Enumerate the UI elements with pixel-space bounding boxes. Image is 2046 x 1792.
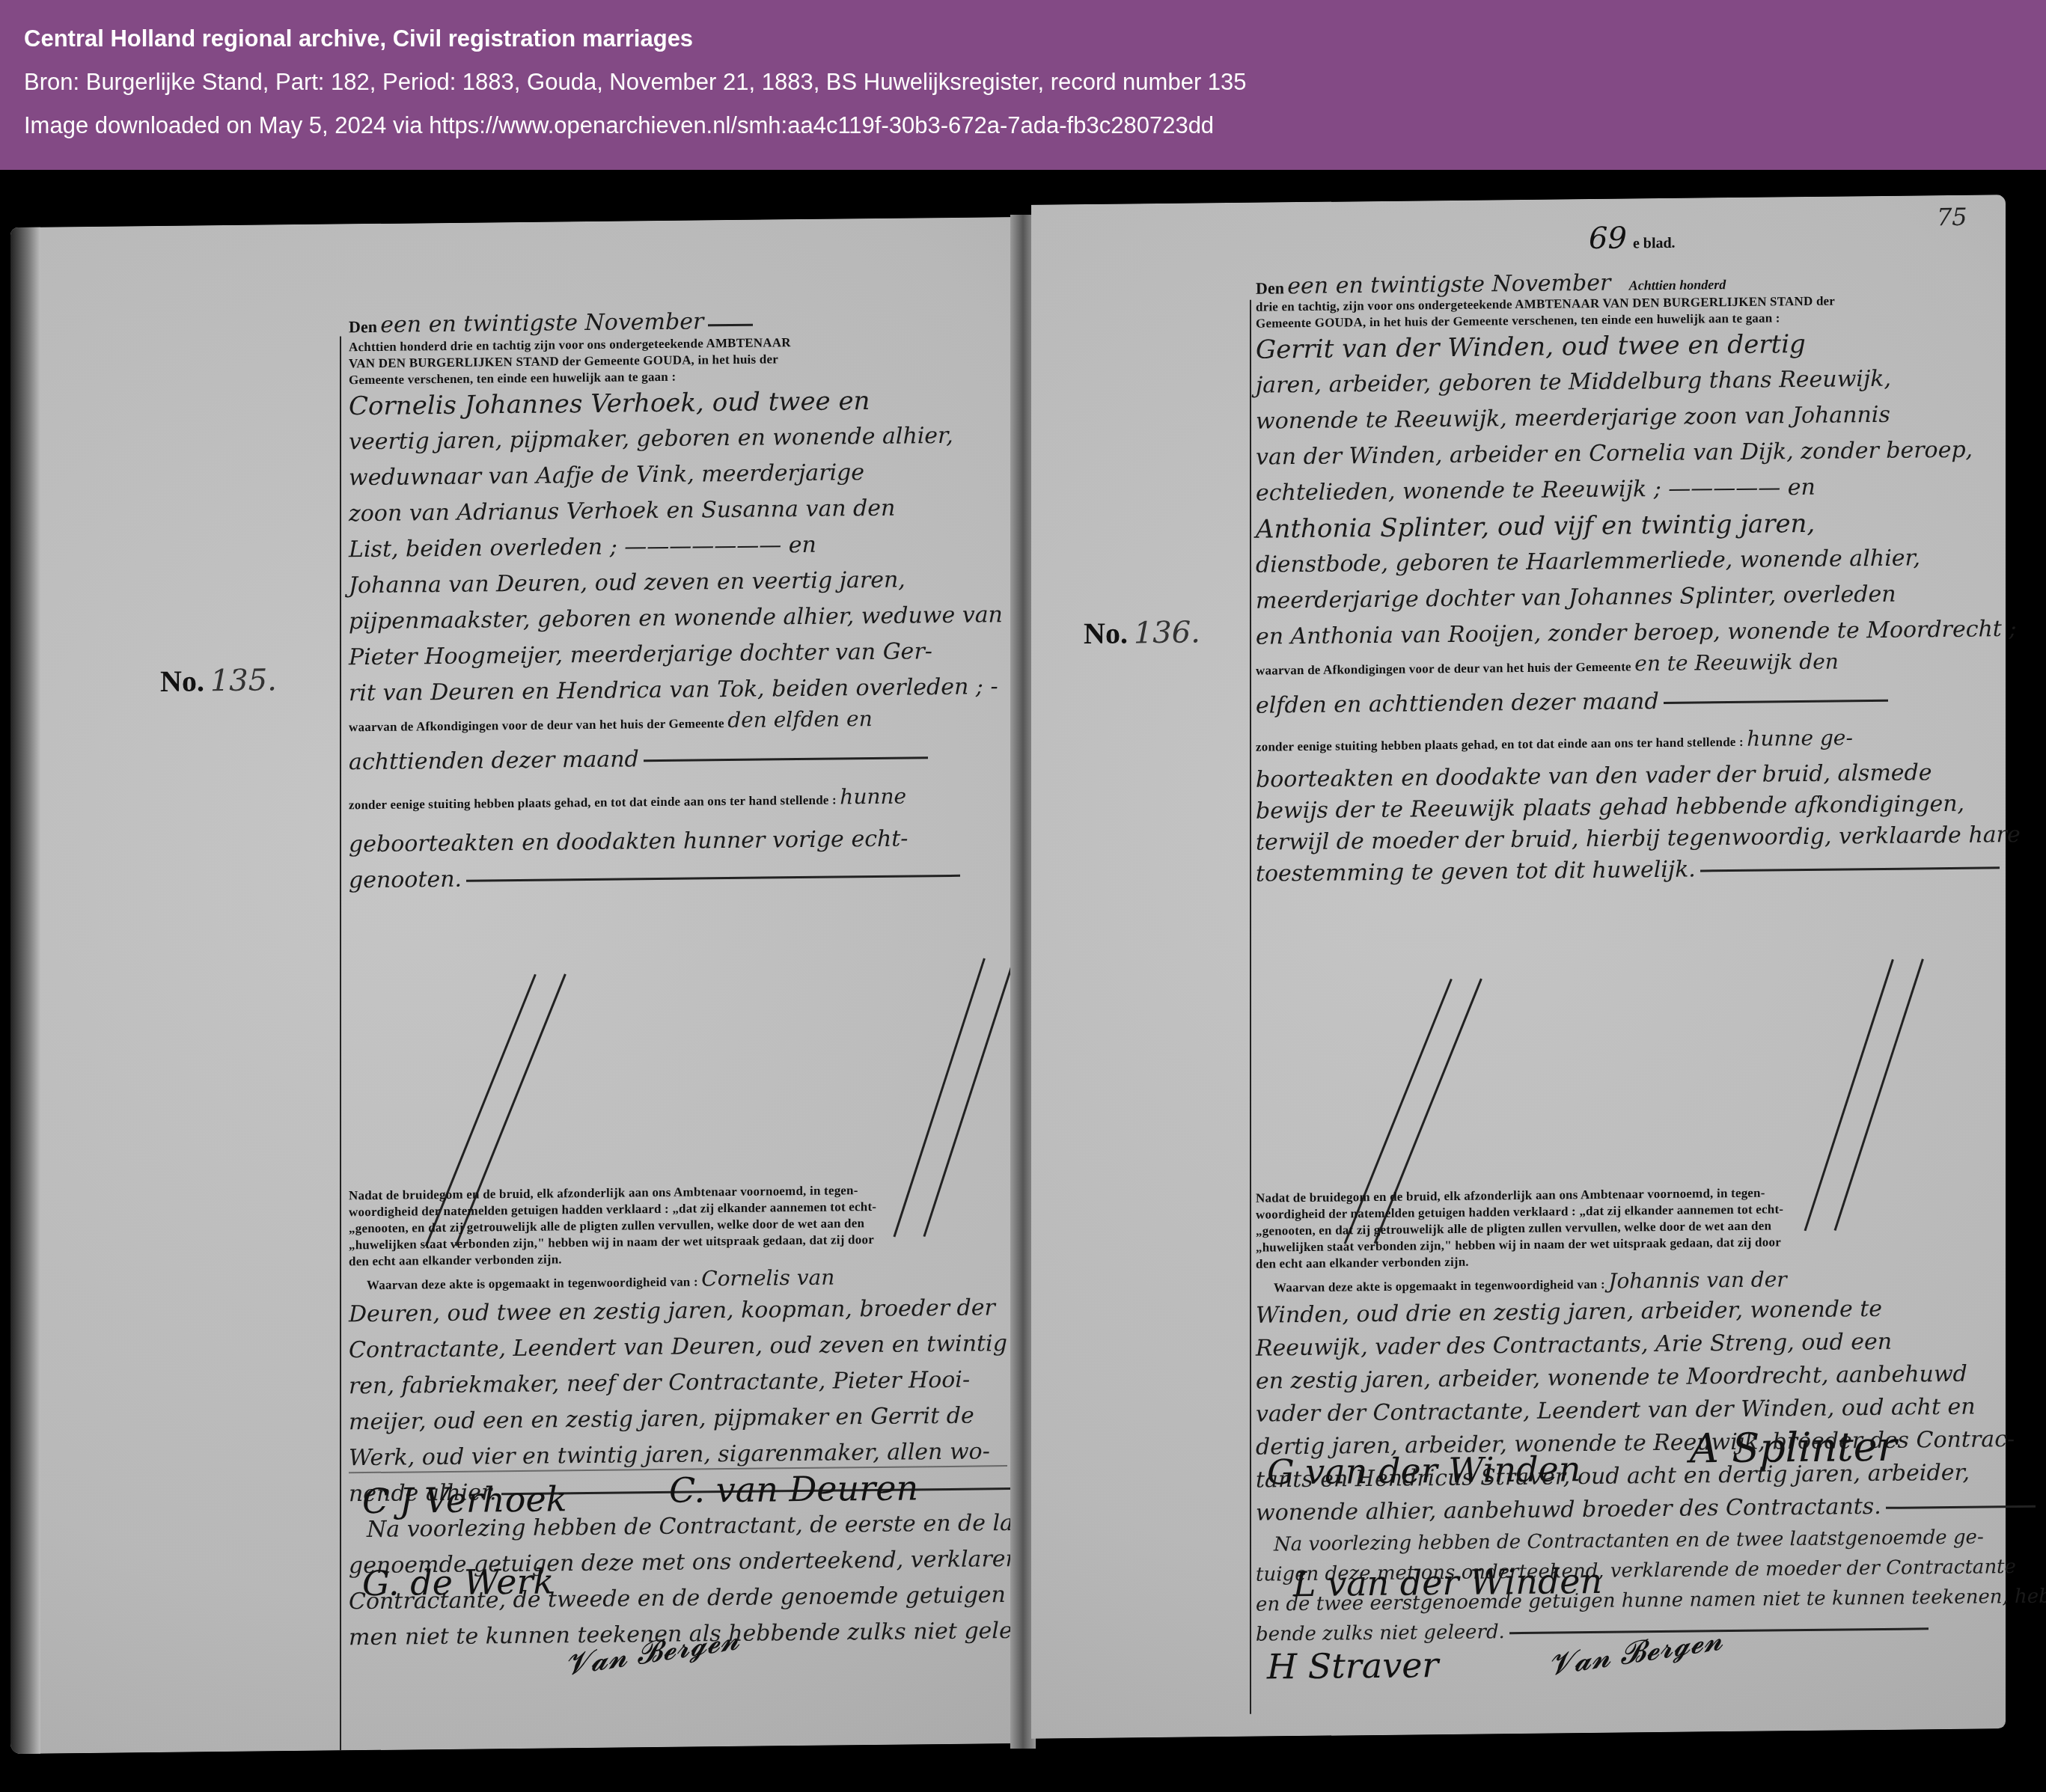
record-number: No.135.	[160, 662, 277, 699]
bride-details: Anthonia Splinter, oud vijf en twintig j…	[1256, 504, 1989, 655]
margin-rule	[340, 336, 341, 1750]
signature-witness-3: L van der Winden	[1293, 1561, 1602, 1604]
bride-details: Johanna van Deuren, oud zeven en veertig…	[349, 561, 1007, 712]
marriage-declaration: Nadat de bruidegom en de bruid, elk afzo…	[349, 1181, 1007, 1270]
right-page: 69e blad. 75 No.136. Den een en twintigs…	[1031, 195, 2006, 1739]
documents-line: zonder eenige stuiting hebben plaats geh…	[349, 783, 1007, 827]
record-number: No.136.	[1084, 614, 1200, 651]
documents-details: boorteakten en doodakte van den vader de…	[1256, 756, 1989, 890]
banner-download-note: Image downloaded on May 5, 2024 via http…	[24, 109, 2046, 142]
signature-groom: C J Verhoek	[362, 1478, 567, 1521]
register-scan: No.135. Den een en twintigste November A…	[0, 170, 2046, 1792]
left-page: No.135. Den een en twintigste November A…	[10, 217, 1019, 1754]
margin-rule	[1250, 300, 1251, 1714]
page-number: 69e blad.	[1589, 221, 1676, 256]
record-136-body: Den een en twintigste November Achttien …	[1256, 266, 1989, 890]
signature-witness-1: C. van Deuren	[669, 1467, 918, 1510]
banner-title: Central Holland regional archive, Civil …	[24, 22, 2046, 66]
groom-details: Cornelis Johannes Verhoek, oud twee en v…	[349, 382, 1007, 568]
banns-date: elfden en achttienden dezer maand	[1256, 680, 1989, 724]
banner-source: Bron: Burgerlijke Stand, Part: 182, Peri…	[24, 66, 2046, 109]
page-edge	[10, 227, 40, 1754]
documents-details: geboorteakten en doodakten hunner vorige…	[349, 820, 1007, 899]
archive-banner: Central Holland regional archive, Civil …	[0, 0, 2046, 170]
signature-groom: G van der Winden	[1267, 1449, 1581, 1492]
banns-date: achttienden dezer maand	[349, 738, 1007, 780]
witness-details: Winden, oud drie en zestig jaren, arbeid…	[1256, 1291, 1989, 1529]
signature-bride: A Splinter	[1690, 1423, 1897, 1473]
groom-details: Gerrit van der Winden, oud twee en derti…	[1256, 324, 1989, 511]
signature-witness-4: H Straver	[1267, 1645, 1438, 1687]
marriage-declaration: Nadat de bruidegom en de bruid, elk afzo…	[1256, 1182, 1989, 1272]
record-135-body: Den een en twintigste November Achttien …	[349, 305, 1007, 899]
signature-witness-4: G. de Werk	[362, 1561, 554, 1603]
folio-number: 75	[1937, 203, 1967, 231]
